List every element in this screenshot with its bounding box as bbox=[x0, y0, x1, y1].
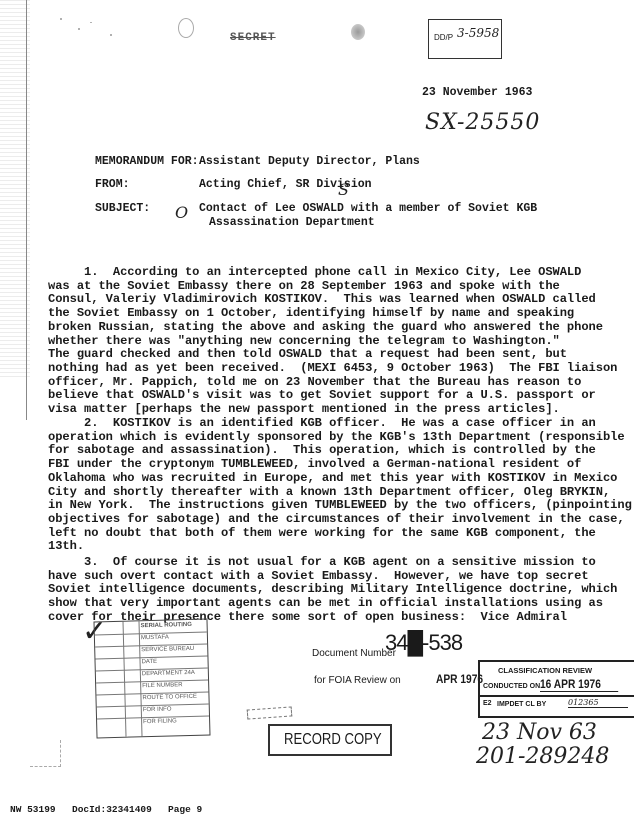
paragraph-line: whether there was "anything new concerni… bbox=[48, 335, 617, 349]
routing-row: MUSTAFA bbox=[141, 635, 169, 642]
control-number: 3-5958 bbox=[457, 26, 499, 40]
paragraph-line: visa matter [perhaps the new passport me… bbox=[48, 403, 617, 417]
paragraph-line: was at the Soviet Embassy there on 28 Se… bbox=[48, 280, 617, 294]
from-annotation: S bbox=[338, 180, 349, 199]
paragraph-line: nothing had as yet been received. (MEXI … bbox=[48, 362, 617, 376]
paragraph-line: in New York. The instructions given TUMB… bbox=[48, 499, 632, 513]
record-copy-label: RECORD COPY bbox=[284, 731, 382, 749]
memo-for-value: Assistant Deputy Director, Plans bbox=[199, 155, 420, 168]
record-copy-stamp: RECORD COPY bbox=[268, 724, 392, 756]
punch-hole-mark bbox=[178, 18, 194, 38]
subject-label: SUBJECT: bbox=[95, 202, 150, 215]
from-label: FROM: bbox=[95, 178, 130, 191]
faint-stamp-fragment bbox=[247, 706, 293, 719]
footer-docid: DocId:32341409 bbox=[72, 804, 152, 815]
paragraph-line: the Soviet Embassy on 1 October, identif… bbox=[48, 307, 617, 321]
paragraph-line: left no doubt that both of them were wor… bbox=[48, 527, 632, 541]
paragraph-line: for sabotage and assassination). This op… bbox=[48, 444, 632, 458]
routing-row: DEPARTMENT 24A bbox=[142, 670, 195, 677]
paragraph-line: operation which is evidently sponsored b… bbox=[48, 431, 632, 445]
subject-annotation: O bbox=[175, 203, 188, 222]
paragraph-line: 3. Of course it is not usual for a KGB a… bbox=[48, 556, 617, 570]
routing-header: SERIAL ROUTING bbox=[141, 622, 192, 629]
footer-nw-number: NW 53199 bbox=[10, 804, 56, 815]
paragraph-line: 13th. bbox=[48, 540, 632, 554]
scan-speck bbox=[110, 34, 112, 36]
paragraph-line: Soviet intelligence documents, describin… bbox=[48, 583, 617, 597]
stamp-seal-mark bbox=[351, 24, 365, 40]
memo-date: 23 November 1963 bbox=[422, 86, 532, 99]
paragraph-line: broken Russian, stating the above and as… bbox=[48, 321, 617, 335]
conducted-date: 16 APR 1976 bbox=[540, 677, 618, 692]
scan-speck bbox=[78, 28, 80, 30]
routing-row: FOR FILING bbox=[143, 718, 177, 725]
paragraph-line: believe that OSWALD's visit was to get S… bbox=[48, 389, 617, 403]
routing-slip: SERIAL ROUTING MUSTAFA SERVICE BUREAU DA… bbox=[93, 619, 210, 739]
paragraph-line: officer, Mr. Pappich, told me on 23 Nove… bbox=[48, 376, 617, 390]
control-number-stamp: DD/P 3-5958 bbox=[428, 19, 502, 59]
classification-review-title: CLASSIFICATION REVIEW bbox=[498, 666, 592, 675]
handwritten-file-number: 201-289248 bbox=[476, 744, 609, 769]
scan-margin-line bbox=[26, 0, 27, 420]
paragraph-line: FBI under the cryptonym TUMBLEWEED, invo… bbox=[48, 458, 632, 472]
memo-for-label: MEMORANDUM FOR: bbox=[95, 155, 199, 168]
document-number-label: Document Number bbox=[312, 648, 396, 659]
paragraph-line: have such overt contact with a Soviet Em… bbox=[48, 570, 617, 584]
paragraph-line: Oklahoma who was recruited in Europe, an… bbox=[48, 472, 632, 486]
handwritten-reference: SX-25550 bbox=[425, 110, 540, 135]
routing-row: ROUTE TO OFFICE bbox=[142, 694, 197, 701]
foia-review-date: APR 1976 bbox=[436, 672, 483, 686]
impdet-value: 012365 bbox=[568, 698, 628, 708]
conducted-label: CONDUCTED ON bbox=[483, 683, 540, 690]
faint-stamp-fragment bbox=[30, 740, 61, 767]
impdet-label: IMPDET CL BY bbox=[497, 701, 546, 708]
paragraph-line: City and shortly thereafter with a known… bbox=[48, 486, 632, 500]
paragraph-line: The guard checked and then told OSWALD t… bbox=[48, 348, 617, 362]
paragraph-2: 2. KOSTIKOV is an identified KGB officer… bbox=[48, 417, 632, 554]
control-prefix: DD/P bbox=[434, 33, 453, 42]
routing-row: DATE bbox=[141, 659, 157, 665]
scan-speck bbox=[90, 22, 92, 23]
subject-line-2: Assassination Department bbox=[209, 216, 375, 229]
paragraph-line: objectives for sabotage) and the circums… bbox=[48, 513, 632, 527]
paragraph-line: 2. KOSTIKOV is an identified KGB officer… bbox=[48, 417, 632, 431]
scan-speck bbox=[60, 18, 62, 20]
paragraph-1: 1. According to an intercepted phone cal… bbox=[48, 266, 617, 417]
classification-review-stamp: CLASSIFICATION REVIEW CONDUCTED ON 16 AP… bbox=[478, 660, 634, 718]
foia-review-label: for FOIA Review on bbox=[314, 675, 401, 686]
impdet-prefix: E2 bbox=[483, 700, 492, 707]
routing-row: FILE NUMBER bbox=[142, 682, 182, 689]
paragraph-3: 3. Of course it is not usual for a KGB a… bbox=[48, 556, 617, 625]
classification-marking: SECRET bbox=[230, 32, 276, 44]
paragraph-line: 1. According to an intercepted phone cal… bbox=[48, 266, 617, 280]
subject-line-1: Contact of Lee OSWALD with a member of S… bbox=[199, 202, 537, 215]
routing-row: FOR INFO bbox=[143, 707, 172, 714]
handwritten-date: 23 Nov 63 bbox=[482, 720, 597, 745]
paragraph-line: Consul, Valeriy Vladimirovich KOSTIKOV. … bbox=[48, 293, 617, 307]
footer-page: Page 9 bbox=[168, 804, 202, 815]
stamp-divider bbox=[480, 695, 634, 697]
document-number-value: 34█-538 bbox=[385, 630, 462, 656]
paragraph-line: show that very important agents can be m… bbox=[48, 597, 617, 611]
routing-row: SERVICE BUREAU bbox=[141, 646, 194, 653]
